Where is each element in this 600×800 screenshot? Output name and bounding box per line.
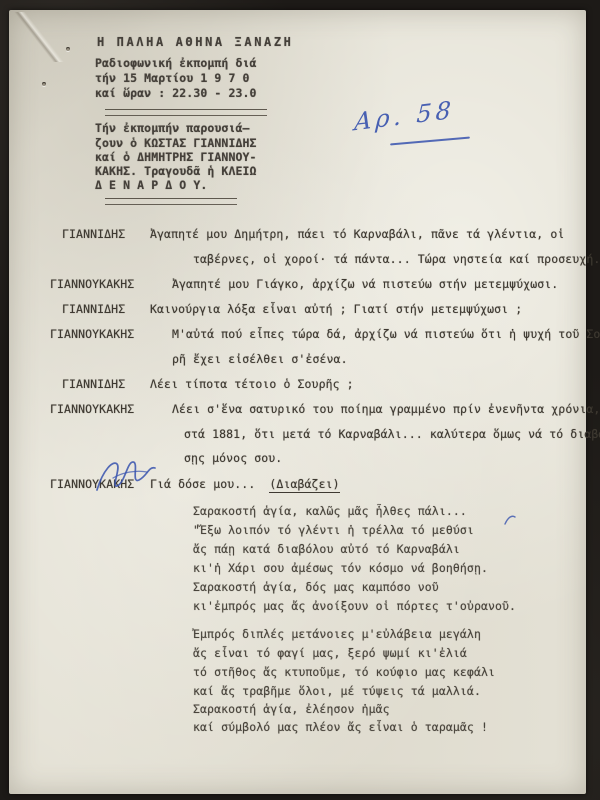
pinhole [66, 47, 70, 51]
stage-direction: (Διαβάζει) [269, 477, 339, 493]
poem-line: κι'ἐμπρός μας ἄς ἀνοίξουν οἱ πόρτες τ'οὐ… [193, 600, 516, 613]
speaker-label: ΓΙΑΝΝΟΥΚΑΚΗΣ [50, 328, 134, 341]
presenters-line: Δ Ε Ν Α Ρ Δ Ο Υ. [95, 179, 207, 192]
handwritten-number: Αρ. 58 [354, 96, 456, 137]
pinhole [42, 82, 46, 86]
typed-divider [105, 109, 267, 116]
poem-line: Ἐμπρός διπλές μετάνοιες μ'εὐλάβεια μεγάλ… [193, 628, 481, 641]
presenters-line: Τήν ἐκπομπήν παρουσιά— [95, 122, 250, 135]
poem-line: Σαρακοστή ἁγία, δός μας καμπόσο νοῦ [193, 581, 439, 594]
dialogue-line: Γιά δόσε μου... (Διαβάζει) [150, 478, 340, 491]
typed-divider [105, 198, 237, 205]
broadcast-info-line: Ραδιοφωνική ἐκπομπή διά [95, 57, 257, 70]
dialogue-line: Λέει τίποτα τέτοιο ὁ Σουρῆς ; [150, 378, 354, 391]
dialogue-line: ταβέρνες, οἱ χοροί· τά πάντα... Τώρα νησ… [193, 253, 600, 266]
speaker-label: ΓΙΑΝΝΟΥΚΑΚΗΣ [50, 278, 134, 291]
poem-line: καί σύμβολό μας πλέον ἄς εἶναι ὁ ταραμᾶς… [193, 721, 488, 734]
scan-background: Η ΠΑΛΗΑ ΑΘΗΝΑ ΞΑΝΑΖΗ Ραδιοφωνική ἐκπομπή… [0, 0, 600, 800]
dialogue-line: Ἀγαπητέ μου Δημήτρη, πάει τό Καρναβάλι, … [150, 228, 564, 241]
paper-crease [3, 12, 73, 62]
poem-line: "Ἔξω λοιπόν τό γλέντι ἡ τρέλλα τό μεθύσι [193, 524, 474, 537]
poem-line: καί ἄς τραβῆμε ὅλοι, μέ τύψεις τά μαλλιά… [193, 685, 481, 698]
speaker-label: ΓΙΑΝΝΙΔΗΣ [62, 378, 125, 391]
dialogue-text: Γιά δόσε μου... [150, 477, 269, 491]
page-title: Η ΠΑΛΗΑ ΑΘΗΝΑ ΞΑΝΑΖΗ [97, 36, 294, 49]
speaker-label: ΓΙΑΝΝΟΥΚΑΚΗΣ [50, 403, 134, 416]
poem-line: κι'ἡ Χάρι σου ἀμέσως τόν κόσμο νά βοηθήσ… [193, 562, 488, 575]
dialogue-line: Ἀγαπητέ μου Γιάγκο, ἀρχίζω νά πιστεύω στ… [172, 278, 558, 291]
speaker-label: ΓΙΑΝΝΙΔΗΣ [62, 303, 125, 316]
poem-line: ἄς πάῃ κατά διαβόλου αὐτό τό Καρναβάλι [193, 543, 460, 556]
handwritten-underline [390, 137, 470, 146]
dialogue-line: στά 1881, ὅτι μετά τό Καρναβάλι... καλύτ… [184, 428, 600, 441]
poem-line: τό στῆθος ἄς κτυποῦμε, τό κούφιο μας κεφ… [193, 666, 495, 679]
presenters-line: καί ὁ ΔΗΜΗΤΡΗΣ ΓΙΑΝΝΟΥ- [95, 151, 257, 164]
pen-correction-mark [503, 513, 517, 527]
broadcast-info-line: τήν 15 Μαρτίου 1 9 7 0 [95, 72, 250, 85]
dialogue-line: Λέει σ'ἕνα σατυρικό του ποίημα γραμμένο … [172, 403, 600, 416]
poem-line: Σαρακοστή ἁγία, ἐλέησον ἡμᾶς [193, 703, 390, 716]
dialogue-line: σῃς μόνος σου. [184, 452, 282, 465]
pen-scribble [93, 458, 167, 498]
dialogue-line: Μ'αὐτά πού εἶπες τώρα δά, ἀρχίζω νά πιστ… [172, 328, 600, 341]
poem-line: ἄς εἶναι τό φαγί μας, ξερό ψωμί κι'ἐλιά [193, 647, 467, 660]
presenters-line: ζουν ὁ ΚΩΣΤΑΣ ΓΙΑΝΝΙΔΗΣ [95, 137, 257, 150]
speaker-label: ΓΙΑΝΝΙΔΗΣ [62, 228, 125, 241]
dialogue-line: Καινούργια λόξα εἶναι αὐτή ; Γιατί στήν … [150, 303, 522, 316]
broadcast-info-line: καί ὥραν : 22.30 - 23.0 [95, 87, 257, 100]
presenters-line: ΚΑΚΗΣ. Τραγουδᾶ ἡ ΚΛΕΙΩ [95, 165, 257, 178]
dialogue-line: ρῆ ἔχει εἰσέλθει σ'ἐσένα. [172, 353, 348, 366]
poem-line: Σαρακοστή ἁγία, καλῶς μᾶς ἦλθες πάλι... [193, 505, 467, 518]
paper: Η ΠΑΛΗΑ ΑΘΗΝΑ ΞΑΝΑΖΗ Ραδιοφωνική ἐκπομπή… [9, 10, 586, 794]
